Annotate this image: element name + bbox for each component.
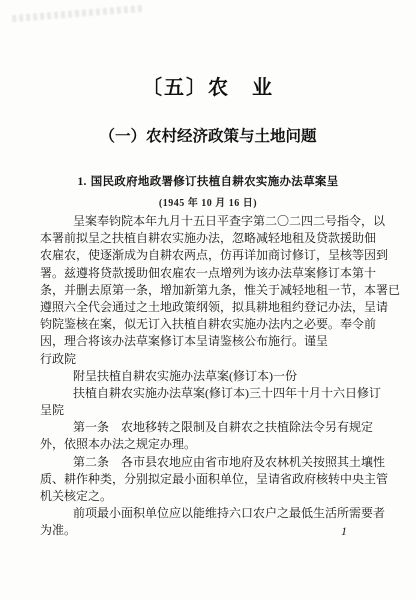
body-line: 外，依照本办法之规定办理。 (40, 436, 382, 453)
body-line: 为准。 (40, 522, 382, 539)
body-line: 附呈扶植自耕农实施办法草案(修订本)一份 (40, 368, 382, 385)
document-body: 呈案奉钧院本年九月十五日平查字第二〇二四二号指令，以本署前拟呈之扶植自耕农实施办… (40, 213, 382, 540)
body-line: 遵照六全代会通过之土地政策纲领，拟具耕地租约登记办法，呈请 (40, 299, 382, 316)
body-line: 行政院 (40, 351, 382, 368)
body-line: 条，并删去原第一条，增加新第九条，惟关于减轻地租一节，本署已 (40, 282, 382, 299)
page-number: 1 (341, 524, 347, 539)
body-line: 前项最小面积单位应以能维持六口农户之最低生活所需要者 (40, 505, 382, 522)
body-line: 钧院鉴核在案，似无订入扶植自耕农实施办法内之必要。奉令前 (40, 316, 382, 333)
body-line: 扶植自耕农实施办法草案(修订本)三十四年十月十六日修订 (40, 385, 382, 402)
scanned-book-page: 〔五〕农 业 （一）农村经济政策与土地问题 1.国民政府地政署修订扶植自耕农实施… (0, 0, 416, 600)
body-line: 第二条 各市县农地应由省市地府及农林机关按照其土壤性 (40, 454, 382, 471)
section-title: （一）农村经济政策与土地问题 (0, 124, 416, 146)
body-line: 因，理合将该办法草案修订本呈请鉴核公布施行。谨呈 (40, 333, 382, 350)
body-line: 第一条 农地移转之限制及自耕农之扶植除法令另有规定 (40, 419, 382, 436)
body-line: 机关核定之。 (40, 488, 382, 505)
document-date: (1945 年 10 月 16 日) (0, 194, 416, 209)
body-line: 质、耕作种类，分别拟定最小面积单位，呈请省政府核转中央主管 (40, 471, 382, 488)
body-line: 署。兹遵将贷款援助佃农雇农一点增列为该办法草案修订本第十 (40, 265, 382, 282)
document-title-text: 国民政府地政署修订扶植自耕农实施办法草案呈 (91, 176, 339, 188)
body-line: 农雇农，使逐渐成为自耕农两点，仿再详加商讨修订，呈核等因到 (40, 247, 382, 264)
body-line: 本署前拟呈之扶植自耕农实施办法，忽略减轻地租及贷款援助佃 (40, 230, 382, 247)
document-title: 1.国民政府地政署修订扶植自耕农实施办法草案呈 (0, 173, 416, 189)
body-line: 呈院 (40, 402, 382, 419)
document-number: 1. (77, 176, 86, 188)
body-line: 呈案奉钧院本年九月十五日平查字第二〇二四二号指令，以 (40, 213, 382, 230)
